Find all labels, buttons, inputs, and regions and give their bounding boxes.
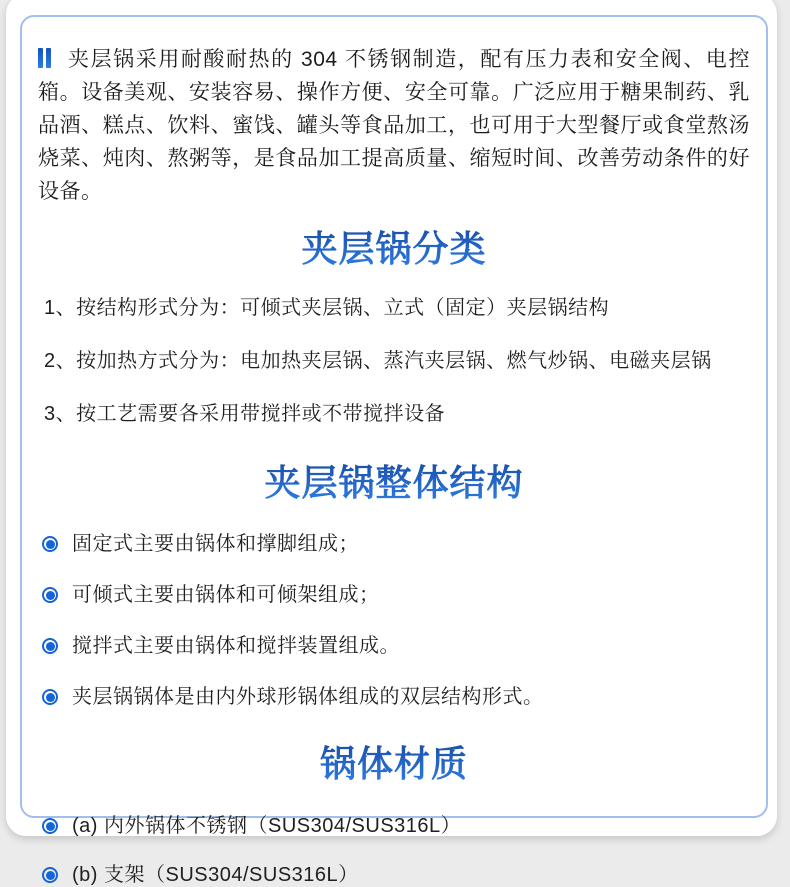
intro-paragraph: 夹层锅采用耐酸耐热的 304 不锈钢制造，配有压力表和安全阀、电控箱。设备美观、…: [38, 43, 750, 208]
radio-bullet-icon: [42, 689, 58, 705]
list-item: 搅拌式主要由锅体和搅拌装置组成。: [38, 634, 750, 658]
list-item: (a) 内外锅体不锈钢（SUS304/SUS316L）: [38, 814, 750, 838]
section-title-classification: 夹层锅分类: [38, 221, 750, 272]
list-item: 3、按工艺需要各采用带搅拌或不带搅拌设备: [44, 402, 750, 426]
list-item-text: 固定式主要由锅体和撑脚组成；: [72, 532, 359, 556]
list-item: 可倾式主要由锅体和可倾架组成；: [38, 583, 750, 607]
material-list: (a) 内外锅体不锈钢（SUS304/SUS316L） (b) 支架（SUS30…: [38, 814, 750, 854]
list-item: 夹层锅锅体是由内外球形锅体组成的双层结构形式。: [38, 685, 750, 709]
radio-bullet-icon: [42, 818, 58, 834]
list-item-text: 可倾式主要由锅体和可倾架组成；: [72, 583, 380, 607]
list-item-text: 夹层锅锅体是由内外球形锅体组成的双层结构形式。: [72, 685, 544, 709]
classification-list: 1、按结构形式分为：可倾式夹层锅、立式（固定）夹层锅结构 2、按加热方式分为：电…: [38, 296, 750, 426]
radio-bullet-icon: [42, 638, 58, 654]
section-title-material: 锅体材质: [38, 736, 750, 787]
section-title-structure: 夹层锅整体结构: [38, 455, 750, 506]
intro-text: 夹层锅采用耐酸耐热的 304 不锈钢制造，配有压力表和安全阀、电控箱。设备美观、…: [38, 48, 750, 203]
list-item: 1、按结构形式分为：可倾式夹层锅、立式（固定）夹层锅结构: [44, 296, 750, 320]
list-item-text: (a) 内外锅体不锈钢（SUS304/SUS316L）: [72, 814, 461, 838]
list-item-text: 搅拌式主要由锅体和搅拌装置组成。: [72, 634, 400, 658]
double-bar-icon: [38, 45, 51, 78]
bordered-card: 夹层锅采用耐酸耐热的 304 不锈钢制造，配有压力表和安全阀、电控箱。设备美观、…: [20, 15, 768, 818]
list-item: 固定式主要由锅体和撑脚组成；: [38, 532, 750, 556]
content-panel: 夹层锅采用耐酸耐热的 304 不锈钢制造，配有压力表和安全阀、电控箱。设备美观、…: [6, 0, 777, 836]
radio-bullet-icon: [42, 587, 58, 603]
radio-bullet-icon: [42, 536, 58, 552]
list-item: 2、按加热方式分为：电加热夹层锅、蒸汽夹层锅、燃气炒锅、电磁夹层锅: [44, 349, 750, 373]
structure-list: 固定式主要由锅体和撑脚组成； 可倾式主要由锅体和可倾架组成； 搅拌式主要由锅体和…: [38, 532, 750, 709]
